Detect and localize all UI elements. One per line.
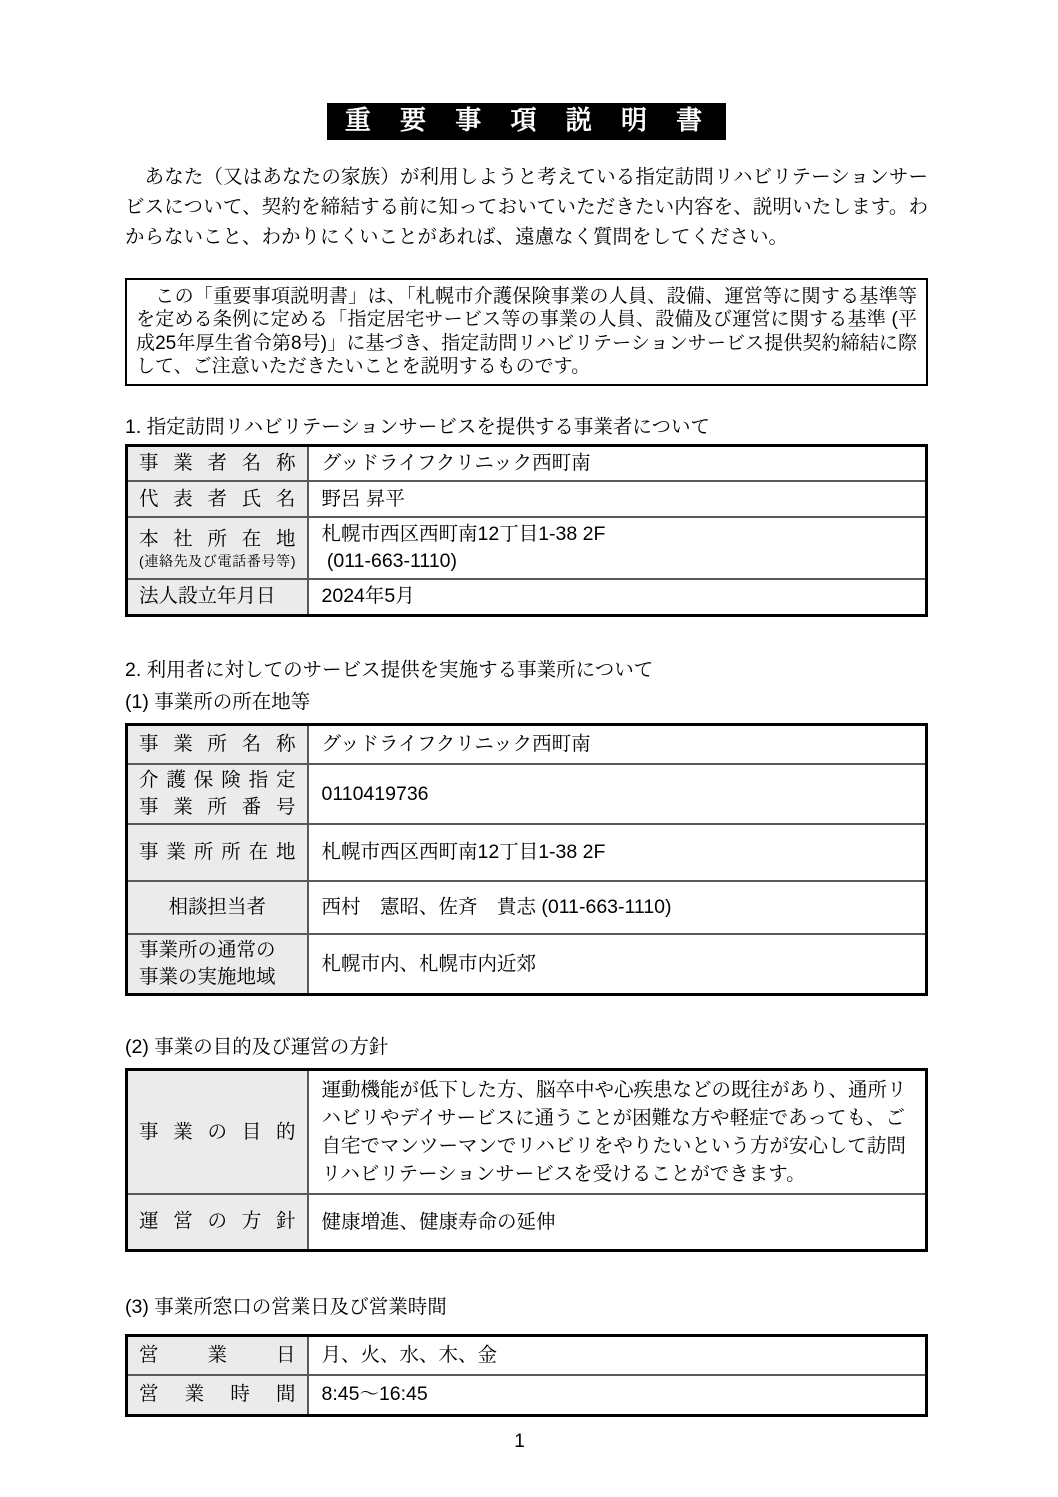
row-label-main: 本 社 所 在 地: [139, 528, 296, 550]
row-label: 事 業 の 目 的: [127, 1070, 308, 1195]
row-value: 8:45～16:45: [308, 1375, 927, 1415]
table-row: 事業所の通常の 事業の実施地域 札幌市内、札幌市内近郊: [127, 934, 927, 995]
row-value: グッドライフクリニック西町南: [308, 445, 927, 481]
table-row: 事 業 者 名 称 グッドライフクリニック西町南: [127, 445, 927, 481]
row-value: 札幌市内、札幌市内近郊: [308, 934, 927, 995]
table-row: 事 業 所 所 在 地 札幌市西区西町南12丁目1-38 2F: [127, 824, 927, 881]
table-row: 事 業 の 目 的 運動機能が低下した方、脳卒中や心疾患などの既往があり、通所リ…: [127, 1070, 927, 1195]
section-2-3-heading: (3) 事業所窓口の営業日及び営業時間: [125, 1294, 928, 1320]
row-value: 札幌市西区西町南12丁目1-38 2F: [308, 824, 927, 881]
table-row: 営 業 時 間 8:45～16:45: [127, 1375, 927, 1415]
row-label: 事 業 者 名 称: [127, 445, 308, 481]
row-value: 0110419736: [308, 764, 927, 824]
row-label: 相談担当者: [127, 881, 308, 934]
row-label: 営 業 時 間: [127, 1375, 308, 1415]
provider-table: 事 業 者 名 称 グッドライフクリニック西町南 代 表 者 氏 名 野呂 昇平…: [125, 444, 928, 617]
row-value: 運動機能が低下した方、脳卒中や心疾患などの既往があり、通所リハビリやデイサービス…: [308, 1070, 927, 1195]
section-2-1-heading: (1) 事業所の所在地等: [125, 689, 928, 715]
table-row: 介 護 保 険 指 定 事 業 所 番 号 0110419736: [127, 764, 927, 824]
row-label: 代 表 者 氏 名: [127, 481, 308, 517]
table-row: 相談担当者 西村 憲昭、佐斉 貴志 (011-663-1110): [127, 881, 927, 934]
section-1-heading: 1. 指定訪問リハビリテーションサービスを提供する事業者について: [125, 414, 928, 440]
table-row: 代 表 者 氏 名 野呂 昇平: [127, 481, 927, 517]
table-row: 運 営 の 方 針 健康増進、健康寿命の延伸: [127, 1194, 927, 1250]
row-label: 法人設立年月日: [127, 579, 308, 615]
row-label: 介 護 保 険 指 定 事 業 所 番 号: [127, 764, 308, 824]
title-bar-container: 重 要 事 項 説 明 書: [125, 0, 928, 140]
row-value: 西村 憲昭、佐斉 貴志 (011-663-1110): [308, 881, 927, 934]
document-page: 重 要 事 項 説 明 書 あなた（又はあなたの家族）が利用しようと考えている指…: [0, 0, 1058, 1497]
table-row: 法人設立年月日 2024年5月: [127, 579, 927, 615]
row-label: 営 業 日: [127, 1335, 308, 1375]
section-2-2-heading: (2) 事業の目的及び運営の方針: [125, 1034, 928, 1060]
table-row: 本 社 所 在 地(連絡先及び電話番号等) 札幌市西区西町南12丁目1-38 2…: [127, 517, 927, 579]
row-label: 本 社 所 在 地(連絡先及び電話番号等): [127, 517, 308, 579]
intro-paragraph: あなた（又はあなたの家族）が利用しようと考えている指定訪問リハビリテーションサー…: [125, 162, 928, 252]
row-label: 事 業 所 名 称: [127, 724, 308, 764]
notice-box: この「重要事項説明書」は、「札幌市介護保険事業の人員、設備、運営等に関する基準等…: [125, 278, 928, 386]
row-label-sub: (連絡先及び電話番号等): [139, 553, 296, 570]
row-value: 野呂 昇平: [308, 481, 927, 517]
document-title: 重 要 事 項 説 明 書: [327, 103, 726, 140]
row-value: グッドライフクリニック西町南: [308, 724, 927, 764]
row-value: 健康増進、健康寿命の延伸: [308, 1194, 927, 1250]
table-row: 営 業 日 月、火、水、木、金: [127, 1335, 927, 1375]
row-value: 2024年5月: [308, 579, 927, 615]
hours-table: 営 業 日 月、火、水、木、金 営 業 時 間 8:45～16:45: [125, 1334, 928, 1417]
row-label: 運 営 の 方 針: [127, 1194, 308, 1250]
page-content: 重 要 事 項 説 明 書 あなた（又はあなたの家族）が利用しようと考えている指…: [0, 0, 1058, 1453]
row-label: 事 業 所 所 在 地: [127, 824, 308, 881]
purpose-table: 事 業 の 目 的 運動機能が低下した方、脳卒中や心疾患などの既往があり、通所リ…: [125, 1068, 928, 1252]
row-value: 月、火、水、木、金: [308, 1335, 927, 1375]
page-number: 1: [125, 1431, 928, 1453]
office-table: 事 業 所 名 称 グッドライフクリニック西町南 介 護 保 険 指 定 事 業…: [125, 723, 928, 997]
row-value: 札幌市西区西町南12丁目1-38 2F (011-663-1110): [308, 517, 927, 579]
row-label: 事業所の通常の 事業の実施地域: [127, 934, 308, 995]
table-row: 事 業 所 名 称 グッドライフクリニック西町南: [127, 724, 927, 764]
section-2-heading: 2. 利用者に対してのサービス提供を実施する事業所について: [125, 657, 928, 683]
